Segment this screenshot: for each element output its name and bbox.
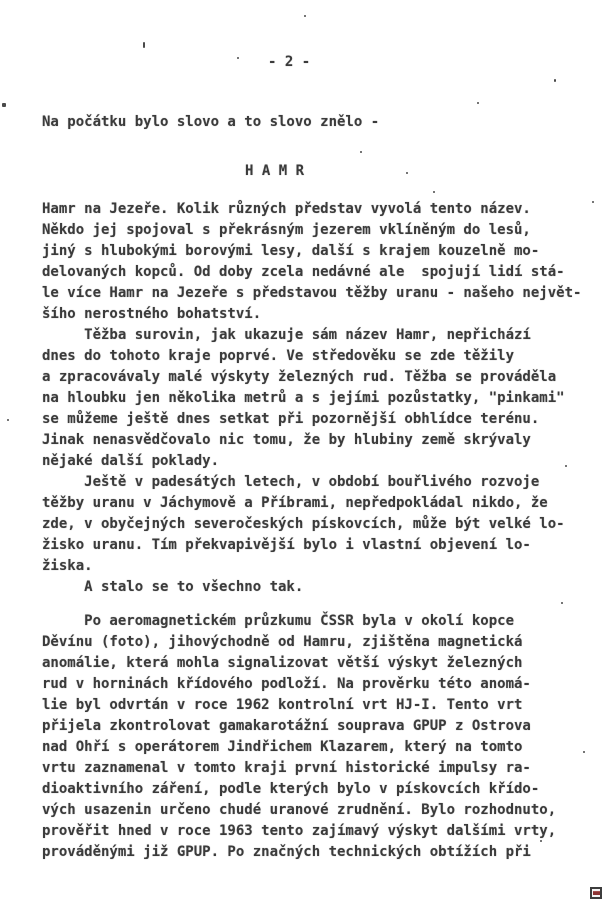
scan-speck xyxy=(304,15,306,17)
text-line: se můžeme ještě dnes setkat při pozorněj… xyxy=(42,409,581,430)
text-line: Děvínu (foto), jihovýchodně od Hamru, zj… xyxy=(42,632,556,653)
body-block-1: Hamr na Jezeře. Kolik různých představ v… xyxy=(42,199,581,598)
text-line: Někdo jej spojoval s překrásným jezerem … xyxy=(42,220,581,241)
text-line: prováděnými již GPUP. Po značných techni… xyxy=(42,842,556,863)
text-line: nějaké další poklady. xyxy=(42,451,581,472)
text-line: A stalo se to všechno tak. xyxy=(42,577,581,598)
text-line: nad Ohří s operátorem Jindřichem Klazare… xyxy=(42,737,556,758)
text-line: Jinak nenasvědčovalo nic tomu, že by hlu… xyxy=(42,430,581,451)
scan-speck xyxy=(592,201,594,203)
text-line: Těžba surovin, jak ukazuje sám název Ham… xyxy=(42,325,581,346)
scan-speck xyxy=(560,286,562,288)
text-line: lie byl odvrtán v roce 1962 kontrolní vr… xyxy=(42,695,556,716)
scan-speck xyxy=(540,840,542,842)
text-line: dnes do tohoto kraje poprvé. Ve středově… xyxy=(42,346,581,367)
text-line: a zpracovávaly malé výskyty železných ru… xyxy=(42,367,581,388)
text-line: le více Hamr na Jezeře s představou těžb… xyxy=(42,283,581,304)
intro-line: Na počátku bylo slovo a to slovo znělo - xyxy=(42,112,379,133)
scan-speck xyxy=(433,191,435,193)
text-line: vrtu zaznamenal v tomto kraji první hist… xyxy=(42,758,556,779)
text-line: těžby uranu v Jáchymově a Příbrami, nepř… xyxy=(42,493,581,514)
text-line: vých usazenin určeno chudé uranové zrudn… xyxy=(42,800,556,821)
scan-speck xyxy=(406,172,408,174)
document-end-marker-icon xyxy=(590,887,602,899)
text-line: anomálie, která mohla signalizovat větší… xyxy=(42,653,556,674)
scanned-page: - 2 - Na počátku bylo slovo a to slovo z… xyxy=(0,0,604,900)
text-line: rud v horninách křídového podloží. Na pr… xyxy=(42,674,556,695)
scan-speck xyxy=(565,465,567,467)
text-line: přijela zkontrolovat gamakarotážní soupr… xyxy=(42,716,556,737)
scan-speck xyxy=(7,419,9,421)
text-line: jiný s hlubokými borovými lesy, další s … xyxy=(42,241,581,262)
body-block-2: Po aeromagnetickém průzkumu ČSSR byla v … xyxy=(42,611,556,863)
text-line: Ještě v padesátých letech, v období bouř… xyxy=(42,472,581,493)
scan-speck xyxy=(143,42,145,48)
text-line: delovaných kopců. Od doby zcela nedávné … xyxy=(42,262,581,283)
scan-speck xyxy=(360,151,362,153)
text-line: šího nerostného bohatství. xyxy=(42,304,581,325)
document-title: H A M R xyxy=(245,161,304,182)
text-line: prověřit hned v roce 1963 tento zajímavý… xyxy=(42,821,556,842)
scan-speck xyxy=(477,102,479,104)
text-line: na hloubku jen několika metrů a s jejími… xyxy=(42,388,581,409)
scan-speck xyxy=(561,602,563,604)
scan-speck xyxy=(237,57,239,59)
text-line: Hamr na Jezeře. Kolik různých představ v… xyxy=(42,199,581,220)
end-marker-red-bar xyxy=(593,891,600,895)
text-line: dioaktivního záření, podle kterých bylo … xyxy=(42,779,556,800)
scan-speck xyxy=(2,103,6,107)
scan-speck xyxy=(554,79,556,82)
text-line: žiska. xyxy=(42,556,581,577)
text-line: zde, v obyčejných severočeských pískovcí… xyxy=(42,514,581,535)
text-line: žisko uranu. Tím překvapivější bylo i vl… xyxy=(42,535,581,556)
scan-speck xyxy=(583,751,585,753)
text-line: Po aeromagnetickém průzkumu ČSSR byla v … xyxy=(42,611,556,632)
page-number: - 2 - xyxy=(268,52,310,73)
